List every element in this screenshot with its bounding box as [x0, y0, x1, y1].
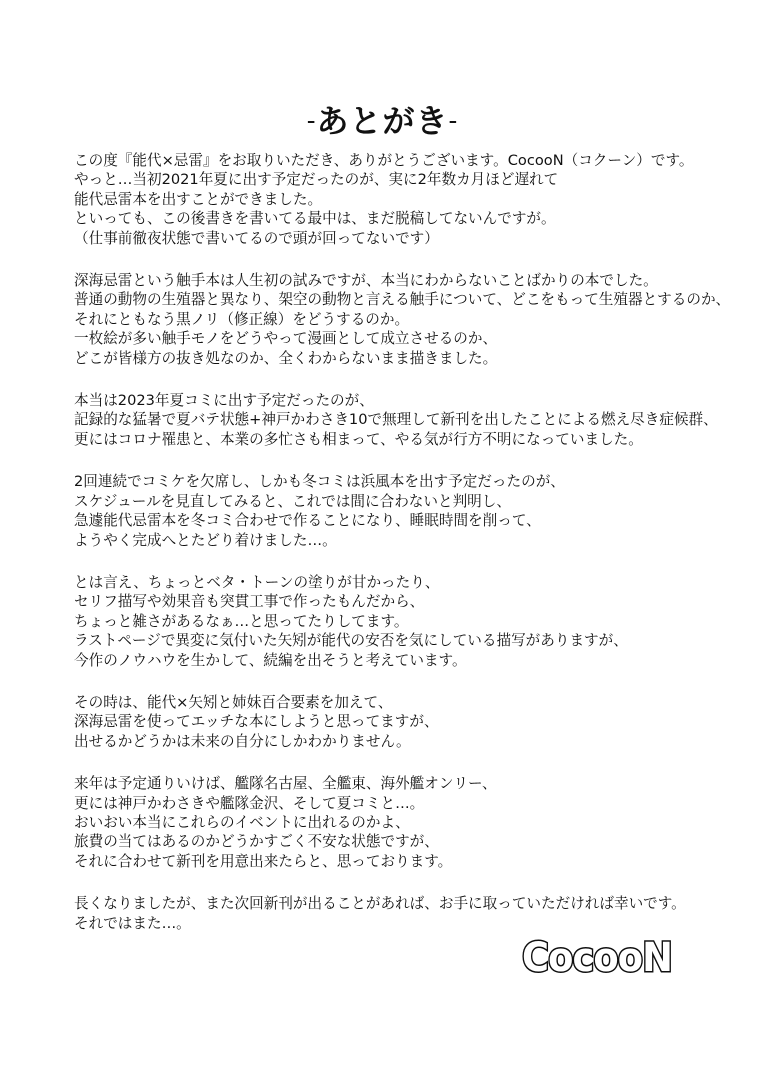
text-line: 一枚絵が多い触手モノをどうやって漫画として成立させるのか、: [74, 329, 734, 348]
paragraph-schedule: 2回連続でコミケを欠席し、しかも冬コミは浜風本を出す予定だったのが、 スケジュー…: [74, 472, 734, 550]
text-line: 長くなりましたが、また次回新刊が出ることがあれば、お手に取っていただければ幸いで…: [74, 894, 734, 913]
paragraph-closing: 長くなりましたが、また次回新刊が出ることがあれば、お手に取っていただければ幸いで…: [74, 894, 734, 933]
text-line: それではまた…。: [74, 914, 734, 933]
afterword-body: この度『能代×忌雷』をお取りいただき、ありがとうございます。CocooN（コクー…: [74, 151, 734, 956]
text-line: ちょっと雑さがあるなぁ…と思ってたりしてます。: [74, 612, 734, 631]
text-line: 旅費の当てはあるのかどうかすごく不安な状態ですが、: [74, 832, 734, 851]
paragraph-first-attempt: 深海忌雷という触手本は人生初の試みですが、本当にわからないことばかりの本でした。…: [74, 271, 734, 368]
text-line: それに合わせて新刊を用意出来たらと、思っております。: [74, 852, 734, 871]
paragraph-sequel: その時は、能代×矢矧と姉妹百合要素を加えて、 深海忌雷を使ってエッチな本にしよう…: [74, 693, 734, 751]
text-line: ラストページで異変に気付いた矢矧が能代の安否を気にしている描写がありますが、: [74, 631, 734, 650]
title-dash-right: -: [449, 106, 459, 136]
text-line: セリフ描写や効果音も突貫工事で作ったもんだから、: [74, 592, 734, 611]
circle-logo: CocooN: [522, 935, 672, 981]
title-dash-left: -: [307, 106, 317, 136]
text-line: 能代忌雷本を出すことができました。: [74, 190, 734, 209]
paragraph-reflection: とは言え、ちょっとベタ・トーンの塗りが甘かったり、 セリフ描写や効果音も突貫工事…: [74, 573, 734, 670]
text-line: （仕事前徹夜状態で書いてるので頭が回ってないです）: [74, 229, 734, 248]
paragraph-delay-reason: 本当は2023年夏コミに出す予定だったのが、 記録的な猛暑で夏バテ状態+神戸かわ…: [74, 391, 734, 449]
text-line: おいおい本当にこれらのイベントに出れるのかよ、: [74, 813, 734, 832]
text-line: この度『能代×忌雷』をお取りいただき、ありがとうございます。CocooN（コクー…: [74, 151, 734, 170]
afterword-page: -あとがき- この度『能代×忌雷』をお取りいただき、ありがとうございます。Coc…: [0, 0, 765, 1080]
text-line: それにともなう黒ノリ（修正線）をどうするのか。: [74, 310, 734, 329]
text-line: その時は、能代×矢矧と姉妹百合要素を加えて、: [74, 693, 734, 712]
text-line: ようやく完成へとたどり着けました…。: [74, 531, 734, 550]
text-line: 更にはコロナ罹患と、本業の多忙さも相まって、やる気が行方不明になっていました。: [74, 430, 734, 449]
text-line: とは言え、ちょっとベタ・トーンの塗りが甘かったり、: [74, 573, 734, 592]
text-line: 深海忌雷を使ってエッチな本にしようと思ってますが、: [74, 712, 734, 731]
text-line: 出せるかどうかは未来の自分にしかわかりません。: [74, 732, 734, 751]
text-line: 来年は予定通りいけば、艦隊名古屋、全艦東、海外艦オンリー、: [74, 774, 734, 793]
paragraph-greeting: この度『能代×忌雷』をお取りいただき、ありがとうございます。CocooN（コクー…: [74, 151, 734, 248]
text-line: どこが皆様方の抜き処なのか、全くわからないまま描きました。: [74, 349, 734, 368]
text-line: 普通の動物の生殖器と異なり、架空の動物と言える触手について、どこをもって生殖器と…: [74, 290, 734, 309]
paragraph-next-year: 来年は予定通りいけば、艦隊名古屋、全艦東、海外艦オンリー、 更には神戸かわさきや…: [74, 774, 734, 871]
text-line: やっと…当初2021年夏に出す予定だったのが、実に2年数カ月ほど遅れて: [74, 170, 734, 189]
text-line: 記録的な猛暑で夏バテ状態+神戸かわさき10で無理して新刊を出したことによる燃え尽…: [74, 410, 734, 429]
text-line: 更には神戸かわさきや艦隊金沢、そして夏コミと…。: [74, 794, 734, 813]
text-line: といっても、この後書きを書いてる最中は、まだ脱稿してないんですが。: [74, 209, 734, 228]
text-line: スケジュールを見直してみると、これでは間に合わないと判明し、: [74, 492, 734, 511]
title-text: あとがき: [316, 102, 448, 140]
text-line: 急遽能代忌雷本を冬コミ合わせで作ることになり、睡眠時間を削って、: [74, 511, 734, 530]
text-line: 2回連続でコミケを欠席し、しかも冬コミは浜風本を出す予定だったのが、: [74, 472, 734, 491]
text-line: 深海忌雷という触手本は人生初の試みですが、本当にわからないことばかりの本でした。: [74, 271, 734, 290]
text-line: 今作のノウハウを生かして、続編を出そうと考えています。: [74, 651, 734, 670]
page-title: -あとがき-: [0, 96, 765, 142]
text-line: 本当は2023年夏コミに出す予定だったのが、: [74, 391, 734, 410]
